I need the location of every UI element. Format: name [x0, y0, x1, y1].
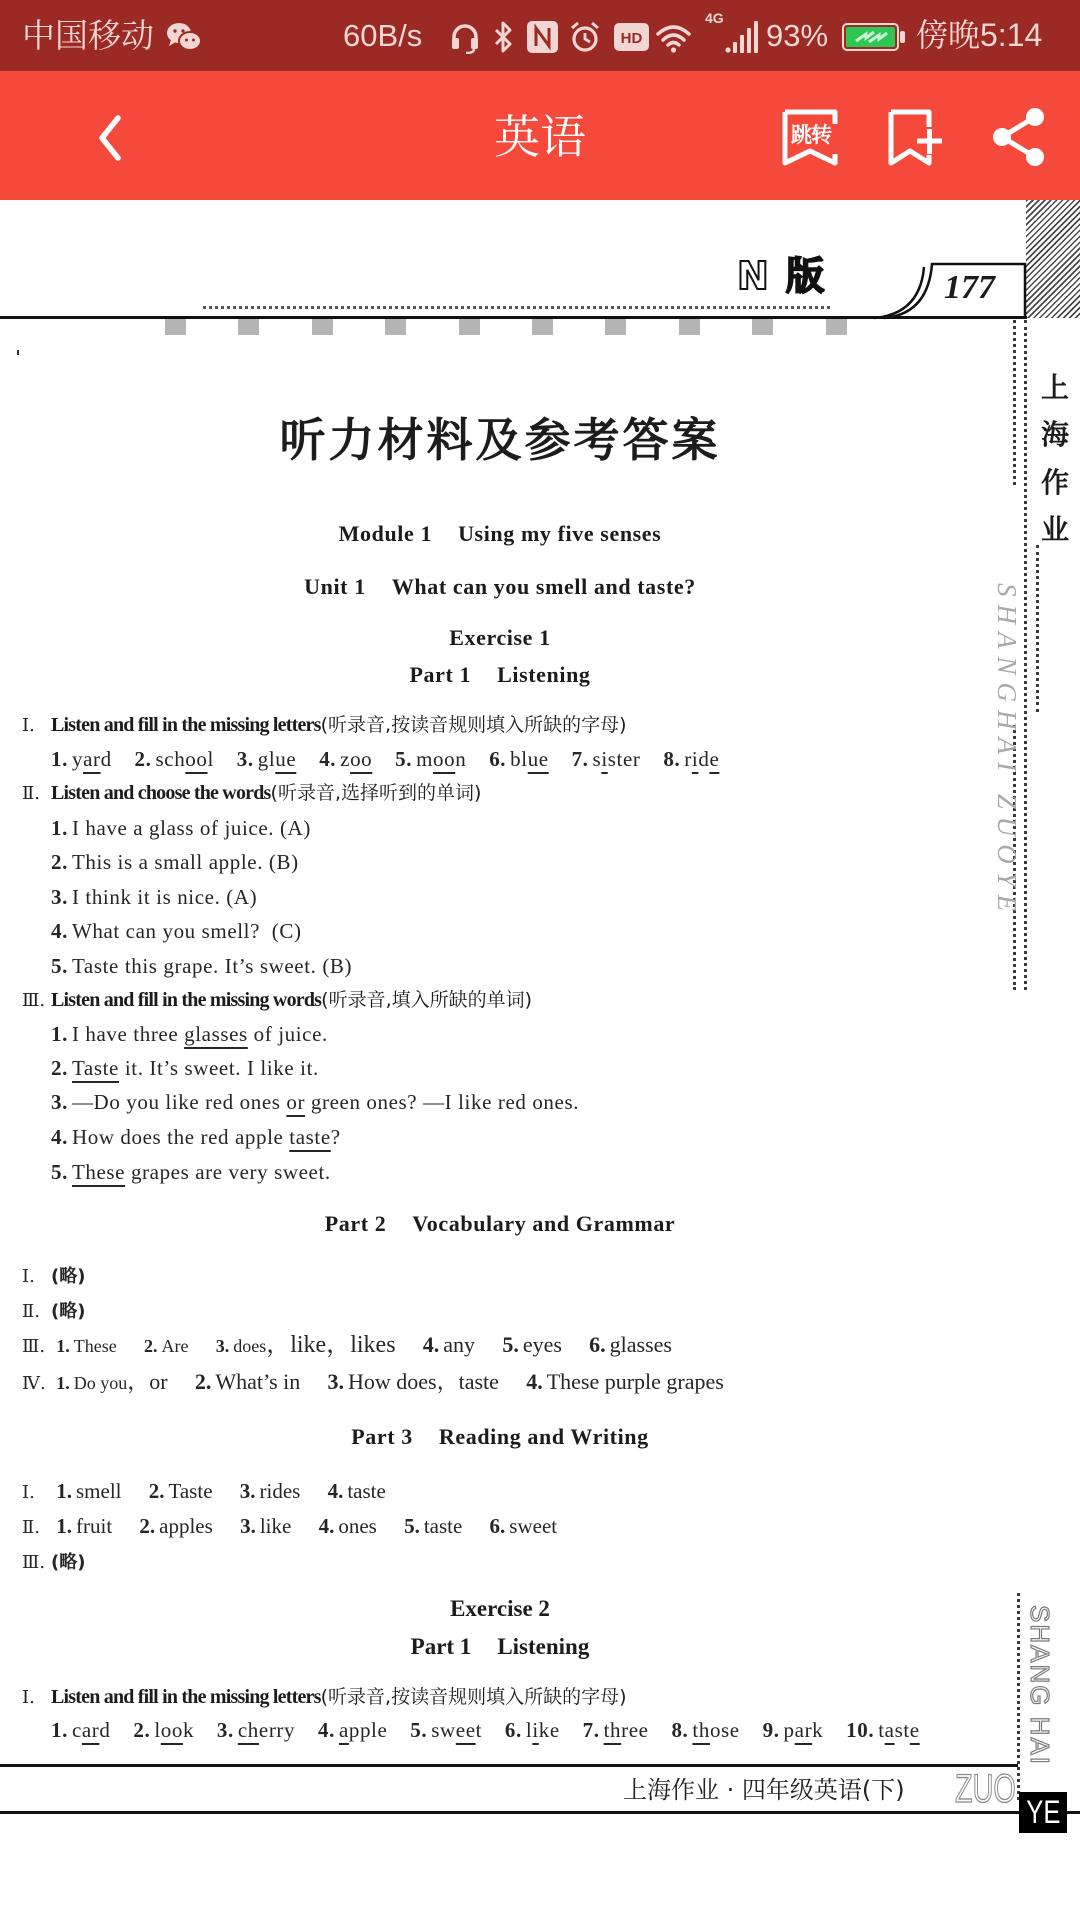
answer-number: 4.: [319, 747, 336, 771]
answer-item: 2.look: [133, 1714, 194, 1746]
answer-underlined: ar: [83, 747, 101, 771]
answer-text: k: [812, 1718, 823, 1742]
decorative-square: [312, 319, 333, 335]
answer-number: 1.: [56, 1479, 72, 1503]
side-title-char: 海: [1040, 419, 1070, 451]
answer-text: does: [233, 1336, 266, 1356]
decorative-square: [165, 319, 186, 335]
answer-text: taste: [347, 1479, 385, 1503]
ex1-p2-section-4: Ⅳ. 1.Do you，or 2.What’s in 3.How does，ta…: [22, 1366, 746, 1398]
answer-item: 2.school: [135, 743, 214, 775]
answer-text: c: [72, 1718, 82, 1742]
answer-underlined: oo: [185, 747, 207, 771]
ex1-p3-section-2: Ⅱ. 1.fruit 2.apples 3.like 4.ones 5.tast…: [22, 1510, 579, 1542]
answer-text: Do you: [74, 1373, 128, 1393]
decorative-square: [238, 319, 259, 335]
answer-item: 5.sweet: [410, 1714, 482, 1746]
alarm-icon: [569, 20, 601, 54]
answer-underlined: ar: [795, 1718, 813, 1742]
page-number: 177: [944, 268, 995, 308]
answer-item: 4.any: [423, 1329, 475, 1361]
footer-logo-ye: YE: [1026, 1792, 1060, 1833]
item-number: 1.: [51, 816, 68, 840]
answer-number: 5.: [502, 1332, 519, 1357]
add-bookmark-button[interactable]: [886, 108, 946, 168]
answer-text: n: [455, 747, 466, 771]
item-text: I think it is nice. (A): [72, 885, 257, 909]
answer-text: m: [416, 747, 433, 771]
list-item: 2.Taste it. It’s sweet. I like it.: [51, 1052, 319, 1084]
answer-text: gl: [258, 747, 276, 771]
item-text: it. It’s sweet. I like it.: [119, 1056, 319, 1080]
item-number: 5.: [51, 1160, 68, 1184]
item-text: ?: [331, 1125, 341, 1149]
margin-dotted-line: [1036, 545, 1039, 712]
answer-text: st: [895, 1718, 910, 1742]
item-text: green ones? —I like red ones.: [305, 1090, 579, 1114]
footer-book-title: 上海作业 · 四年级英语(下): [623, 1773, 905, 1807]
section-numeral: Ⅰ.: [22, 710, 51, 742]
section-instruction-en: Listen and fill in the missing letters: [51, 1686, 321, 1708]
item-number: 2.: [51, 850, 68, 874]
answer-text: smell: [76, 1479, 122, 1503]
answer-item: 5.taste: [404, 1510, 462, 1542]
answer-item: 3.How does，taste: [328, 1366, 499, 1398]
ex2-p1-section-1-header: Ⅰ.Listen and fill in the missing letters…: [22, 1681, 627, 1713]
jump-label: 跳转: [790, 122, 832, 148]
answer-item: 1.fruit: [56, 1510, 112, 1542]
item-text: This is a small apple. (B): [72, 850, 299, 874]
answer-text: ones: [338, 1514, 377, 1538]
part-label: Part 1: [409, 662, 471, 687]
ex1-p2-section-2: Ⅱ.(略): [22, 1294, 85, 1326]
answer-text: s: [593, 747, 602, 771]
answer-number: 3.: [240, 1479, 256, 1503]
item-text: Taste this grape. It’s sweet. (B): [72, 954, 352, 978]
wechat-notification-icon: [166, 21, 202, 53]
answer-number: 3.: [237, 747, 254, 771]
answer-number: 1.: [51, 1718, 68, 1742]
item-number: 5.: [51, 954, 68, 978]
answer-text: y: [72, 747, 83, 771]
item-text: How does the red apple: [72, 1125, 289, 1149]
ex1-p1-section-1-header: Ⅰ.Listen and fill in the missing letters…: [22, 709, 627, 741]
answer-number: 6.: [505, 1718, 522, 1742]
answer-text: glasses: [610, 1332, 672, 1357]
item-answer: taste: [289, 1125, 330, 1149]
answer-underlined: a: [885, 1718, 895, 1742]
answer-number: 5.: [395, 747, 412, 771]
answer-number: 1.: [51, 747, 68, 771]
answer-text: d: [99, 1718, 110, 1742]
answer-number: 4.: [526, 1369, 543, 1394]
unit-label: Unit 1: [304, 574, 366, 599]
answer-underlined: oo: [433, 747, 455, 771]
part-label: Part 1: [411, 1634, 472, 1659]
section-instruction-zh: (听录音,按读音规则填入所缺的字母): [321, 1686, 627, 1708]
answer-text: fruit: [76, 1514, 112, 1538]
answer-item: 2.What’s in: [195, 1366, 300, 1398]
section-numeral: Ⅲ.: [22, 985, 51, 1017]
section-instruction-zh: (听录音,选择听到的单词): [271, 782, 482, 804]
answer-text: These: [74, 1336, 117, 1356]
answer-text: What’s in: [215, 1369, 300, 1394]
answer-item: 6.like: [505, 1714, 560, 1746]
part-name: Listening: [497, 1634, 589, 1659]
answer-text: rides: [260, 1479, 301, 1503]
side-title-char: 上: [1040, 372, 1070, 404]
answer-underlined: e: [910, 1718, 920, 1742]
answer-underlined: a: [339, 1718, 349, 1742]
answer-number: 2.: [149, 1479, 165, 1503]
ex1-p1-section-2-header: Ⅱ.Listen and choose the words(听录音,选择听到的单…: [22, 777, 481, 809]
document-title: 听力材料及参考答案: [0, 410, 1000, 470]
decorative-square: [826, 319, 847, 335]
answer-text: ster: [608, 747, 641, 771]
answer-item: 8.ride: [663, 743, 719, 775]
answer-item: 3.like: [240, 1510, 291, 1542]
answer-item: 4.zoo: [319, 743, 372, 775]
section-numeral: Ⅳ.: [22, 1368, 51, 1400]
part-name: Reading and Writing: [439, 1424, 649, 1449]
answer-underlined: th: [604, 1718, 622, 1742]
answer-item: 1.smell: [56, 1475, 121, 1507]
omitted-note: (略): [51, 1301, 85, 1322]
ex1-part2-heading: Part 2Vocabulary and Grammar: [0, 1208, 1000, 1240]
decorative-square: [385, 319, 406, 335]
omitted-note: (略): [51, 1266, 85, 1287]
answer-number: 2.: [195, 1369, 212, 1394]
answer-text: ，like，likes: [266, 1332, 395, 1358]
section-numeral: Ⅰ.: [22, 1682, 51, 1714]
share-button[interactable]: [990, 106, 1048, 168]
bluetooth-icon: [492, 20, 514, 54]
item-answer: These: [72, 1160, 125, 1184]
answer-number: 3.: [217, 1718, 234, 1742]
item-number: 1.: [51, 1022, 68, 1046]
item-text: —Do you like red ones: [72, 1090, 286, 1114]
answer-number: 9.: [763, 1718, 780, 1742]
answer-underlined: ue: [528, 747, 549, 771]
answer-number: 4.: [423, 1332, 440, 1357]
section-numeral: Ⅲ.: [22, 1331, 51, 1363]
answer-text: p: [784, 1718, 795, 1742]
margin-dotted-line: [1024, 320, 1027, 990]
answer-text: bl: [510, 747, 528, 771]
answer-text: Taste: [169, 1479, 213, 1503]
footer-logo-ye-box: YE: [1019, 1792, 1067, 1833]
answer-underlined: oo: [161, 1718, 183, 1742]
answer-text: sweet: [509, 1514, 557, 1538]
answer-text: d: [698, 747, 709, 771]
answer-text: ree: [621, 1718, 648, 1742]
decorative-square: [752, 319, 773, 335]
answer-item: 1.These: [56, 1330, 116, 1362]
answer-number: 4.: [318, 1718, 335, 1742]
margin-dotted-line: [1017, 1593, 1020, 1800]
carrier-name: 中国移动: [22, 0, 154, 71]
answer-item: 10.taste: [846, 1714, 920, 1746]
section-numeral: Ⅲ.: [22, 1547, 51, 1579]
item-answer: Taste: [72, 1056, 119, 1080]
answer-text: t: [476, 1718, 482, 1742]
answer-text: ，or: [127, 1369, 167, 1394]
answer-text: sw: [431, 1718, 456, 1742]
answer-item: 2.Taste: [149, 1475, 213, 1507]
answer-text: pple: [349, 1718, 388, 1742]
battery-charging-icon: [842, 23, 906, 51]
list-item: 4.How does the red apple taste?: [51, 1121, 341, 1153]
ex1-part3-heading: Part 3Reading and Writing: [0, 1421, 1000, 1453]
part-name: Vocabulary and Grammar: [412, 1211, 675, 1236]
item-number: 4.: [51, 919, 68, 943]
item-number: 4.: [51, 1125, 68, 1149]
answer-number: 2.: [135, 747, 152, 771]
answer-item: 4.taste: [328, 1475, 386, 1507]
answer-underlined: th: [692, 1718, 710, 1742]
edition-label: N 版: [737, 252, 826, 300]
answer-item: 1.yard: [51, 743, 112, 775]
answer-number: 6.: [490, 1514, 506, 1538]
answer-text: z: [340, 747, 350, 771]
answer-item: 7.sister: [572, 743, 641, 775]
signal-strength-icon: [725, 21, 761, 53]
unit-name: What can you smell and taste?: [392, 574, 696, 599]
network-type: 4G: [705, 0, 724, 54]
answer-number: 1.: [56, 1373, 70, 1393]
item-answer: glasses: [184, 1022, 248, 1046]
answer-underlined: oo: [350, 747, 372, 771]
answer-text: like: [260, 1514, 292, 1538]
item-answer: or: [286, 1090, 305, 1114]
answer-item: 3.does，like，likes: [216, 1329, 396, 1362]
stray-mark: [17, 350, 19, 355]
section-numeral: Ⅱ.: [22, 1296, 51, 1328]
clock: 傍晚5:14: [916, 0, 1042, 71]
answer-number: 3.: [328, 1369, 345, 1394]
answer-item: 3.glue: [237, 743, 297, 775]
hd-voice-icon: HD: [614, 23, 649, 51]
corner-hatch-pattern: [1026, 200, 1080, 318]
margin-dotted-line: [1013, 320, 1016, 485]
ex1-p3-section-3: Ⅲ.(略): [22, 1545, 85, 1577]
side-watermark-bottom: SHANG HAI: [1026, 1605, 1054, 1766]
ex2-part1-heading: Part 1Listening: [0, 1631, 1000, 1663]
answer-item: 1.card: [51, 1714, 111, 1746]
answer-item: 3.cherry: [217, 1714, 295, 1746]
answer-underlined: ch: [238, 1718, 259, 1742]
answer-item: 2.Are: [144, 1330, 188, 1362]
hd-label: HD: [621, 30, 643, 47]
item-text: of juice.: [248, 1022, 328, 1046]
footer-bottom-rule: [0, 1811, 1080, 1814]
header-dotted-line: [203, 306, 830, 309]
decorative-square: [459, 319, 480, 335]
answer-item: 4.apple: [318, 1714, 387, 1746]
exercise-2-heading: Exercise 2: [0, 1593, 1000, 1625]
ex1-p1-section-3-header: Ⅲ.Listen and fill in the missing words(听…: [22, 984, 532, 1016]
answer-item: 7.three: [583, 1714, 649, 1746]
ex1-p1-section-1-answers: 1.yard 2.school 3.glue 4.zoo 5.moon 6.bl…: [51, 743, 736, 775]
answer-text: erry: [259, 1718, 295, 1742]
header-rule: [0, 316, 1027, 319]
answer-text: taste: [424, 1514, 462, 1538]
section-instruction-zh: (听录音,填入所缺的单词): [321, 989, 532, 1011]
module-label: Module 1: [339, 521, 432, 546]
answer-item: 9.park: [763, 1714, 824, 1746]
answer-number: 2.: [133, 1718, 150, 1742]
answer-text: apples: [159, 1514, 213, 1538]
answer-text: These purple grapes: [547, 1369, 724, 1394]
answer-underlined: ee: [456, 1718, 476, 1742]
answer-number: 6.: [489, 747, 506, 771]
network-speed: 60B/s: [343, 0, 422, 71]
list-item: 3.—Do you like red ones or green ones? —…: [51, 1086, 579, 1118]
answer-number: 2.: [144, 1336, 158, 1356]
section-numeral: Ⅱ.: [22, 1512, 51, 1544]
answer-number: 4.: [328, 1479, 344, 1503]
answer-number: 8.: [671, 1718, 688, 1742]
part-label: Part 3: [351, 1424, 413, 1449]
section-instruction-en: Listen and fill in the missing words: [51, 989, 321, 1011]
module-name: Using my five senses: [458, 521, 661, 546]
answer-text: eyes: [523, 1332, 562, 1357]
item-number: 3.: [51, 885, 68, 909]
list-item: 1.I have a glass of juice. (A): [51, 812, 311, 844]
answer-item: 6.sweet: [490, 1510, 558, 1542]
answer-underlined: ue: [275, 747, 296, 771]
exercise-1-heading: Exercise 1: [0, 622, 1000, 654]
answer-text: d: [101, 747, 112, 771]
side-title-char: 业: [1040, 514, 1070, 546]
ex1-p3-section-1: Ⅰ. 1.smell 2.Taste 3.rides 4.taste: [22, 1475, 408, 1507]
ex2-p1-section-1-answers: 1.card 2.look 3.cherry 4.apple 5.sweet 6…: [51, 1714, 937, 1746]
answer-text: r: [684, 747, 692, 771]
answer-underlined: ar: [82, 1718, 100, 1742]
footer-logo-zuo: ZUO: [955, 1768, 1016, 1810]
section-numeral: Ⅰ.: [22, 1477, 51, 1509]
section-numeral: Ⅰ.: [22, 1261, 51, 1293]
answer-item: 2.apples: [139, 1510, 212, 1542]
module-heading: Module 1Using my five senses: [0, 518, 1000, 550]
answer-number: 8.: [663, 747, 680, 771]
answer-underlined: e: [709, 747, 719, 771]
item-number: 3.: [51, 1090, 68, 1114]
section-instruction-zh: (听录音,按读音规则填入所缺的字母): [321, 714, 627, 736]
list-item: 4.What can you smell? (C): [51, 915, 302, 947]
answer-number: 2.: [139, 1514, 155, 1538]
answer-item: 5.eyes: [502, 1329, 562, 1361]
app-header: 英语 跳转: [0, 71, 1080, 200]
section-numeral: Ⅱ.: [22, 778, 51, 810]
list-item: 1.I have three glasses of juice.: [51, 1018, 328, 1050]
status-bar: 中国移动 60B/s: [0, 0, 1080, 71]
answer-text: any: [443, 1332, 475, 1357]
ex1-part1-heading: Part 1Listening: [0, 659, 1000, 691]
item-number: 2.: [51, 1056, 68, 1080]
answer-number: 1.: [56, 1336, 70, 1356]
item-text: grapes are very sweet.: [125, 1160, 331, 1184]
answer-number: 7.: [572, 747, 589, 771]
footer-top-rule: [0, 1764, 1018, 1767]
decorative-square: [679, 319, 700, 335]
answer-number: 3.: [240, 1514, 256, 1538]
nfc-icon: [527, 21, 558, 53]
ex1-p2-section-3: Ⅲ. 1.These 2.Are 3.does，like，likes 4.any…: [22, 1329, 694, 1361]
jump-to-page-button[interactable]: 跳转: [780, 108, 844, 168]
decorative-square: [532, 319, 553, 335]
share-icon: [990, 106, 1048, 168]
list-item: 2.This is a small apple. (B): [51, 846, 299, 878]
item-text: What can you smell? (C): [72, 919, 302, 943]
side-title-char: 作: [1040, 467, 1070, 499]
headset-icon: [449, 22, 481, 54]
answer-text: How does，taste: [348, 1369, 499, 1394]
answer-item: 1.Do you，or: [56, 1366, 167, 1399]
answer-item: 5.moon: [395, 743, 466, 775]
part-label: Part 2: [325, 1211, 387, 1236]
answer-item: 6.blue: [489, 743, 549, 775]
add-bookmark-icon: [886, 108, 946, 168]
answer-item: 3.rides: [240, 1475, 301, 1507]
list-item: 3.I think it is nice. (A): [51, 881, 257, 913]
answer-item: 6.glasses: [589, 1329, 672, 1361]
answer-item: 4.ones: [319, 1510, 377, 1542]
answer-number: 5.: [404, 1514, 420, 1538]
answer-number: 7.: [583, 1718, 600, 1742]
answer-text: sch: [156, 747, 186, 771]
answer-number: 5.: [410, 1718, 427, 1742]
answer-text: ke: [539, 1718, 560, 1742]
decorative-square: [605, 319, 626, 335]
answer-text: l: [208, 747, 214, 771]
answer-number: 6.: [589, 1332, 606, 1357]
answer-text: ose: [710, 1718, 740, 1742]
answer-item: 4.These purple grapes: [526, 1366, 724, 1398]
section-instruction-en: Listen and fill in the missing letters: [51, 714, 321, 736]
answer-item: 8.those: [671, 1714, 739, 1746]
answer-number: 4.: [319, 1514, 335, 1538]
answer-number: 3.: [216, 1336, 230, 1356]
section-instruction-en: Listen and choose the words: [51, 782, 271, 804]
item-text: I have a glass of juice. (A): [72, 816, 311, 840]
answer-text: k: [183, 1718, 194, 1742]
unit-heading: Unit 1What can you smell and taste?: [0, 571, 1000, 603]
wifi-icon: [656, 23, 691, 53]
omitted-note: (略): [51, 1552, 85, 1573]
answer-number: 10.: [846, 1718, 874, 1742]
item-text: I have three: [72, 1022, 184, 1046]
list-item: 5.Taste this grape. It’s sweet. (B): [51, 950, 352, 982]
answer-text: Are: [161, 1336, 188, 1356]
ex1-p2-section-1: Ⅰ.(略): [22, 1259, 85, 1291]
battery-percent: 93%: [766, 0, 828, 71]
list-item: 5.These grapes are very sweet.: [51, 1156, 331, 1188]
answer-number: 1.: [56, 1514, 72, 1538]
part-name: Listening: [497, 662, 590, 687]
